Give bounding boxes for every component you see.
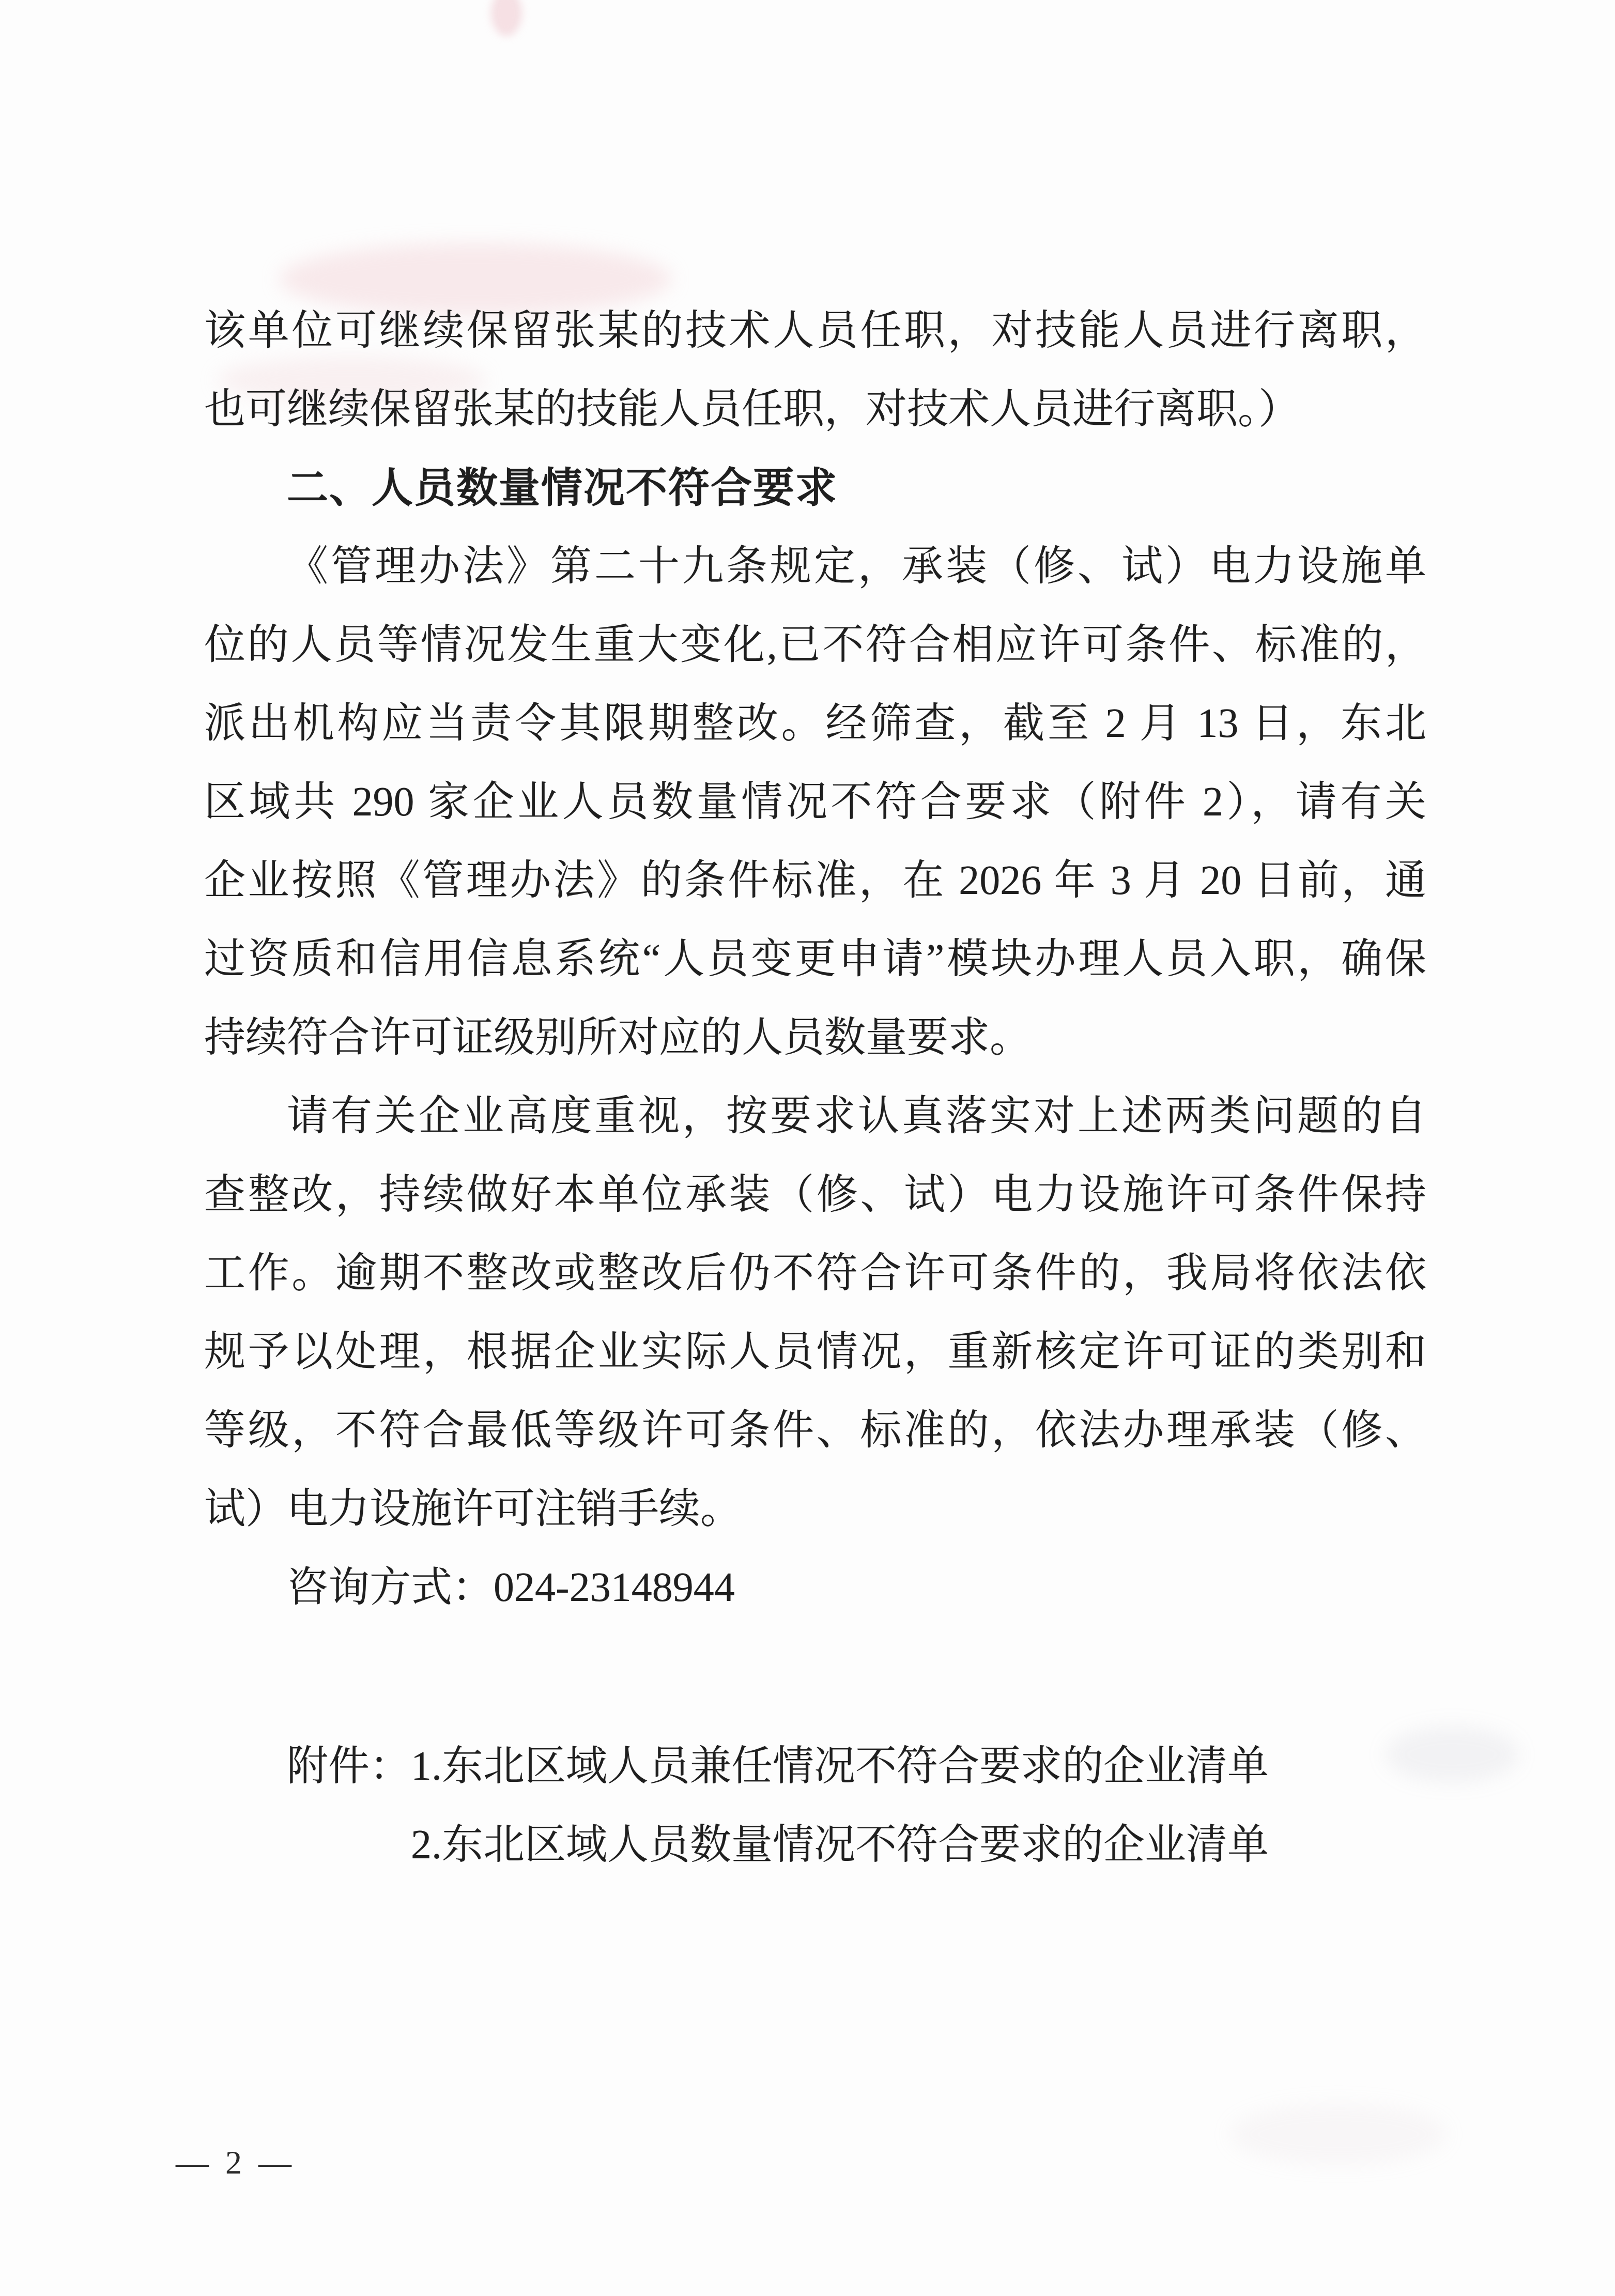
text-line: 试）电力设施许可注销手续。 <box>204 1470 1426 1548</box>
scan-artifact <box>1230 2103 1447 2165</box>
text-line: 规予以处理，根据企业实际人员情况，重新核定许可证的类别和 <box>204 1313 1426 1391</box>
text-line: 该单位可继续保留张某的技术人员任职，对技能人员进行离职， <box>204 291 1426 370</box>
text-line: 等级，不符合最低等级许可条件、标准的，依法办理承装（修、 <box>204 1391 1426 1470</box>
body-text-block: 该单位可继续保留张某的技术人员任职，对技能人员进行离职，也可继续保留张某的技能人… <box>204 291 1426 1627</box>
scan-artifact <box>491 0 522 36</box>
attachments-block: 附件：1.东北区域人员兼任情况不符合要求的企业清单2.东北区域人员数量情况不符合… <box>204 1727 1426 1884</box>
text-line: 咨询方式：024-23148944 <box>204 1548 1426 1627</box>
text-line: 工作。逾期不整改或整改后仍不符合许可条件的，我局将依法依 <box>204 1234 1426 1313</box>
page-number: — 2 — <box>176 2129 296 2196</box>
text-line: 二、人员数量情况不符合要求 <box>204 449 1426 527</box>
attachment-line: 附件：1.东北区域人员兼任情况不符合要求的企业清单 <box>204 1727 1426 1806</box>
text-line: 查整改，持续做好本单位承装（修、试）电力设施许可条件保持 <box>204 1155 1426 1234</box>
text-line: 《管理办法》第二十九条规定，承装（修、试）电力设施单 <box>204 527 1426 606</box>
text-line: 区域共 290 家企业人员数量情况不符合要求（附件 2），请有关 <box>204 763 1426 841</box>
document-page: 该单位可继续保留张某的技术人员任职，对技能人员进行离职，也可继续保留张某的技能人… <box>0 0 1615 2296</box>
text-line: 派出机构应当责令其限期整改。经筛查，截至 2 月 13 日，东北 <box>204 684 1426 763</box>
text-line: 过资质和信用信息系统“人员变更申请”模块办理人员入职，确保 <box>204 920 1426 998</box>
attachment-line: 2.东北区域人员数量情况不符合要求的企业清单 <box>204 1806 1426 1884</box>
text-line: 位的人员等情况发生重大变化,已不符合相应许可条件、标准的， <box>204 606 1426 684</box>
text-line: 请有关企业高度重视，按要求认真落实对上述两类问题的自 <box>204 1077 1426 1155</box>
text-line: 持续符合许可证级别所对应的人员数量要求。 <box>204 998 1426 1077</box>
text-line: 企业按照《管理办法》的条件标准，在 2026 年 3 月 20 日前，通 <box>204 841 1426 920</box>
text-line: 也可继续保留张某的技能人员任职，对技术人员进行离职。） <box>204 370 1426 449</box>
